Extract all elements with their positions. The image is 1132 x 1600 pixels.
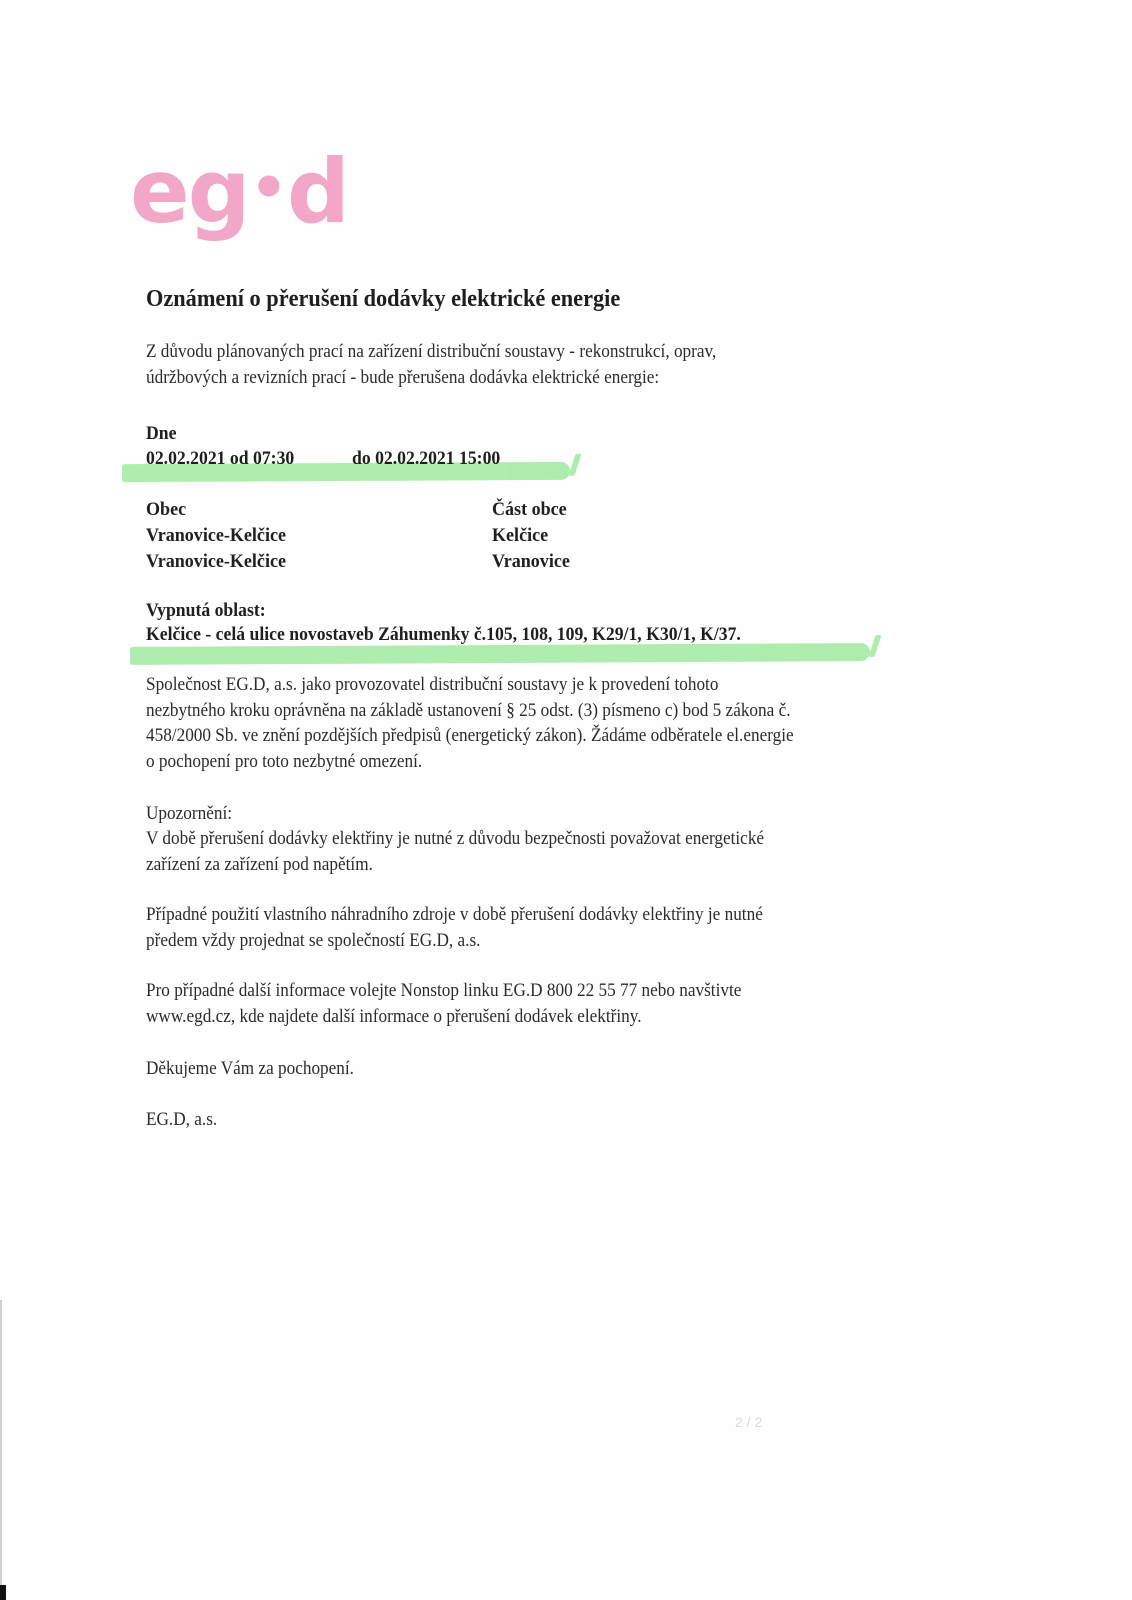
egd-logo: eg•d xyxy=(130,148,348,236)
cast-obce-header: Část obce xyxy=(492,497,570,523)
area-label: Vypnutá oblast: xyxy=(146,598,266,624)
info-line-1: Pro případné další informace volejte Non… xyxy=(146,979,741,1005)
legal-line-2: nezbytného kroku oprávněna na základě us… xyxy=(146,699,791,725)
date-from: 02.02.2021 od 07:30 xyxy=(146,446,294,472)
scan-edge xyxy=(0,1300,2,1600)
logo-dot: • xyxy=(250,153,286,223)
obec-column: Obec Vranovice-Kelčice Vranovice-Kelčice xyxy=(146,497,293,575)
warning-line-2: zařízení za zařízení pod napětím. xyxy=(146,853,373,879)
scan-corner-mark xyxy=(0,1585,6,1600)
legal-line-4: o pochopení pro toto nezbytné omezení. xyxy=(146,750,422,776)
info-line-2: www.egd.cz, kde najdete další informace … xyxy=(146,1005,642,1031)
cast-obce-column: Část obce Kelčice Vranovice xyxy=(492,497,574,575)
legal-line-1: Společnost EG.D, a.s. jako provozovatel … xyxy=(146,673,718,699)
document-title: Oznámení o přerušení dodávky elektrické … xyxy=(146,286,620,313)
legal-line-3: 458/2000 Sb. ve znění pozdějších předpis… xyxy=(146,724,794,750)
intro-line-2: údržbových a revizních prací - bude přer… xyxy=(146,366,659,392)
obec-row-1: Vranovice-Kelčice xyxy=(146,523,286,549)
logo-text-left: eg xyxy=(130,140,249,243)
cast-obce-row-2: Vranovice xyxy=(492,549,570,575)
thanks-text: Děkujeme Vám za pochopení. xyxy=(146,1057,354,1083)
backup-line-2: předem vždy projednat se společností EG.… xyxy=(146,929,480,955)
obec-header: Obec xyxy=(146,497,286,523)
signature: EG.D, a.s. xyxy=(146,1108,217,1134)
logo-text-right: d xyxy=(287,140,348,243)
backup-line-1: Případné použití vlastního náhradního zd… xyxy=(146,903,763,929)
obec-row-2: Vranovice-Kelčice xyxy=(146,549,286,575)
date-label: Dne xyxy=(146,421,176,447)
warning-line-1: V době přerušení dodávky elektřiny je nu… xyxy=(146,827,764,853)
page-number: 2 / 2 xyxy=(735,1414,762,1430)
warning-label: Upozornění: xyxy=(146,802,232,828)
area-value: Kelčice - celá ulice novostaveb Záhumenk… xyxy=(146,622,741,648)
date-to: do 02.02.2021 15:00 xyxy=(352,446,500,472)
intro-line-1: Z důvodu plánovaných prací na zařízení d… xyxy=(146,340,716,366)
cast-obce-row-1: Kelčice xyxy=(492,523,570,549)
